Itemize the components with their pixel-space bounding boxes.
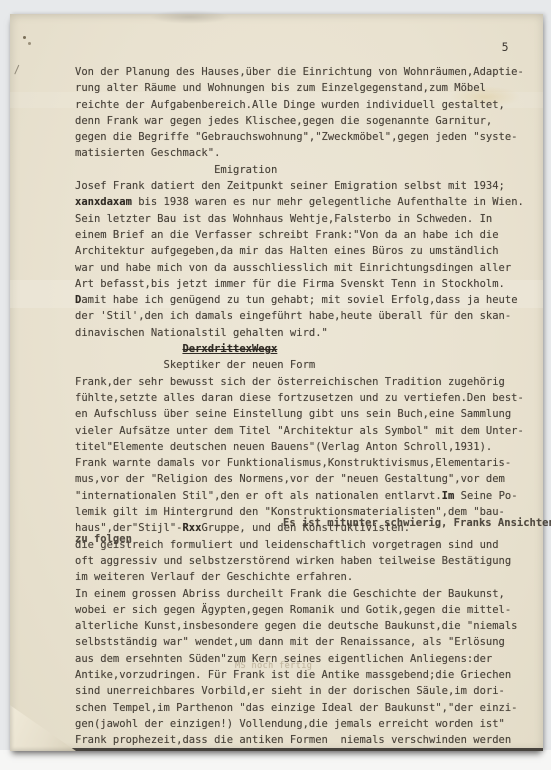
text-segment: In einem grossen Abriss durcheilt Frank … (75, 588, 505, 600)
text-segment: Skeptiker der neuen Form (164, 359, 316, 371)
text-line: Josef Frank datiert den Zeitpunkt seiner… (75, 178, 535, 194)
text-line: oft aggressiv und selbstzerstörend wirke… (75, 553, 535, 569)
text-segment: gen(jawohl der einzigen!) Vollendung,die… (75, 718, 505, 730)
text-line: Von der Planung des Hauses,über die Einr… (75, 64, 535, 80)
text-line: schen Tempel,im Parthenon "das einzige I… (75, 700, 535, 716)
text-segment: matisierten Geschmack". (75, 147, 220, 159)
text-line: xanxdaxam bis 1938 waren es nur mehr gel… (75, 194, 535, 210)
text-segment: fühlte,setzte alles daran diese fortzuse… (75, 392, 524, 404)
text-line: reichte der Aufgabenbereich.Alle Dinge w… (75, 97, 535, 113)
page-number: 5 (502, 40, 509, 54)
text-line: einem Brief an die Verfasser schreibt Fr… (75, 227, 535, 243)
text-line: im weiteren Verlauf der Geschichte erfah… (75, 569, 535, 585)
text-line: vieler Aufsätze unter dem Titel "Archite… (75, 423, 535, 439)
text-segment: einem Brief an die Verfasser schreibt Fr… (75, 229, 499, 241)
overtyped-correction: DerxdrittexWegx (182, 343, 277, 355)
text-segment: Josef Frank datiert den Zeitpunkt seiner… (75, 180, 505, 192)
text-line: sind unerreichbares Vorbild,er sieht in … (75, 683, 535, 699)
text-segment: Art befasst,bis jetzt immer für die Firm… (75, 278, 505, 290)
text-line: dinavischen Nationalstil gehalten wird." (75, 325, 535, 341)
text-line: war und habe mich von da ausschliesslich… (75, 260, 535, 276)
text-line: "internationalen Stil",den er oft als na… (75, 488, 535, 504)
overtyped-correction: xanxdaxam (75, 196, 132, 208)
text-line: matisierten Geschmack". (75, 145, 535, 161)
text-segment: selbstständig war" wendet,um dann mit de… (75, 636, 505, 648)
text-segment: mus,vor der "Religion des Normens,vor de… (75, 473, 505, 485)
text-line: die geistreich formuliert und leidenscha… (75, 537, 535, 553)
document-page: 5 Von der Planung des Hauses,über die Ei… (10, 14, 543, 751)
text-line: gen(jawohl der einzigen!) Vollendung,die… (75, 716, 535, 732)
text-line: Architektur aufgegeben,da mir das Halten… (75, 243, 535, 259)
text-segment: oft aggressiv und selbstzerstörend wirke… (75, 555, 511, 567)
text-line: haus",der"Stijl"-RxxGruppe, und den Kons… (75, 520, 535, 536)
text-line: denn Frank war gegen jedes Klischee,gege… (75, 113, 535, 129)
text-segment: Sein letzter Bau ist das Wohnhaus Wehtje… (75, 213, 492, 225)
text-line: Frank warnte damals vor Funktionalismus,… (75, 455, 535, 471)
heading-line: DerxdrittexWegx (75, 341, 535, 357)
text-segment: war und habe mich von da ausschliesslich… (75, 262, 511, 274)
scan-background-bottom (0, 750, 551, 770)
folded-corner (10, 695, 76, 751)
paper-speck (28, 42, 31, 45)
text-line: rung alter Räume und Wohnungen bis zum E… (75, 80, 535, 96)
text-segment: Architektur aufgegeben,da mir das Halten… (75, 245, 499, 257)
text-segment: im weiteren Verlauf der Geschichte erfah… (75, 571, 353, 583)
text-segment: wobei er sich gegen Ägypten,gegen Romani… (75, 604, 511, 616)
text-line: selbstständig war" wendet,um dann mit de… (75, 634, 535, 650)
text-segment: titel"Elemente deutschen neuen Bauens"(V… (75, 441, 492, 453)
text-line: alterliche Kunst,insbesondere gegen die … (75, 618, 535, 634)
text-segment: schen Tempel,im Parthenon "das einzige I… (75, 702, 518, 714)
text-line: Damit habe ich genügend zu tun gehabt; m… (75, 292, 535, 308)
text-segment: dinavischen Nationalstil gehalten wird." (75, 327, 328, 339)
text-segment: rung alter Räume und Wohnungen bis zum E… (75, 82, 486, 94)
text-line: der 'Stil',den ich damals eingeführt hab… (75, 308, 535, 324)
paper-speck (23, 36, 26, 39)
typewritten-lines: Von der Planung des Hauses,über die Einr… (75, 64, 535, 748)
text-line: fühlte,setzte alles daran diese fortzuse… (75, 390, 535, 406)
text-segment: bis 1938 waren es nur mehr gelegentliche… (132, 196, 524, 208)
heading-line: Skeptiker der neuen Form (75, 357, 535, 373)
text-segment: denn Frank war gegen jedes Klischee,gege… (75, 115, 492, 127)
text-line: wobei er sich gegen Ägypten,gegen Romani… (75, 602, 535, 618)
text-segment: gegen die Begriffe "Gebrauchswohnung","Z… (75, 131, 518, 143)
text-segment: alterliche Kunst,insbesondere gegen die … (75, 620, 518, 632)
text-line: Art befasst,bis jetzt immer für die Firm… (75, 276, 535, 292)
paper-stain (150, 10, 230, 24)
text-line: titel"Elemente deutschen neuen Bauens"(V… (75, 439, 535, 455)
text-segment: Frank warnte damals vor Funktionalismus,… (75, 457, 511, 469)
interlinear-overtype: Es ist mitunter schwierig, Franks Ansich… (283, 515, 551, 531)
overtyped-correction: Rxx (182, 522, 201, 534)
text-line: Frank prophezeit,dass die antiken Formen… (75, 732, 535, 748)
text-segment: reichte der Aufgabenbereich.Alle Dinge w… (75, 99, 505, 111)
text-line: mus,vor der "Religion des Normens,vor de… (75, 471, 535, 487)
scanned-document-photo: { "page": { "number": "5", "ink_color": … (0, 0, 551, 770)
text-segment: Seine Po- (454, 490, 517, 502)
overtyped-correction: Im (442, 490, 455, 502)
text-line: en Aufschluss über seine Einstellung gib… (75, 406, 535, 422)
text-line: In einem grossen Abriss durcheilt Frank … (75, 586, 535, 602)
text-segment: "internationalen Stil",den er oft als na… (75, 490, 442, 502)
faint-ghost-note: MS noch fertig (235, 658, 312, 674)
text-line: gegen die Begriffe "Gebrauchswohnung","Z… (75, 129, 535, 145)
typewritten-text: Von der Planung des Hauses,über die Einr… (75, 64, 535, 748)
pencil-mark (14, 65, 25, 77)
text-segment: die geistreich formuliert und leidenscha… (75, 539, 499, 551)
text-segment: der 'Stil',den ich damals eingeführt hab… (75, 310, 511, 322)
interlinear-overtype: zu folgen (75, 531, 132, 547)
text-line: Frank,der sehr bewusst sich der österrei… (75, 374, 535, 390)
text-segment: Emigration (214, 164, 277, 176)
heading-line: Emigration (75, 162, 535, 178)
text-segment: sind unerreichbares Vorbild,er sieht in … (75, 685, 505, 697)
text-segment: Frank,der sehr bewusst sich der österrei… (75, 376, 505, 388)
text-line: Sein letzter Bau ist das Wohnhaus Wehtje… (75, 211, 535, 227)
text-line: Antike,vorzudringen. Für Frank ist die A… (75, 667, 535, 683)
text-segment: en Aufschluss über seine Einstellung gib… (75, 408, 511, 420)
text-segment: Frank prophezeit,dass die antiken Formen… (75, 734, 511, 746)
text-segment: Von der Planung des Hauses,über die Einr… (75, 66, 524, 78)
text-segment: amit habe ich genügend zu tun gehabt; mi… (81, 294, 517, 306)
text-segment: vieler Aufsätze unter dem Titel "Archite… (75, 425, 524, 437)
